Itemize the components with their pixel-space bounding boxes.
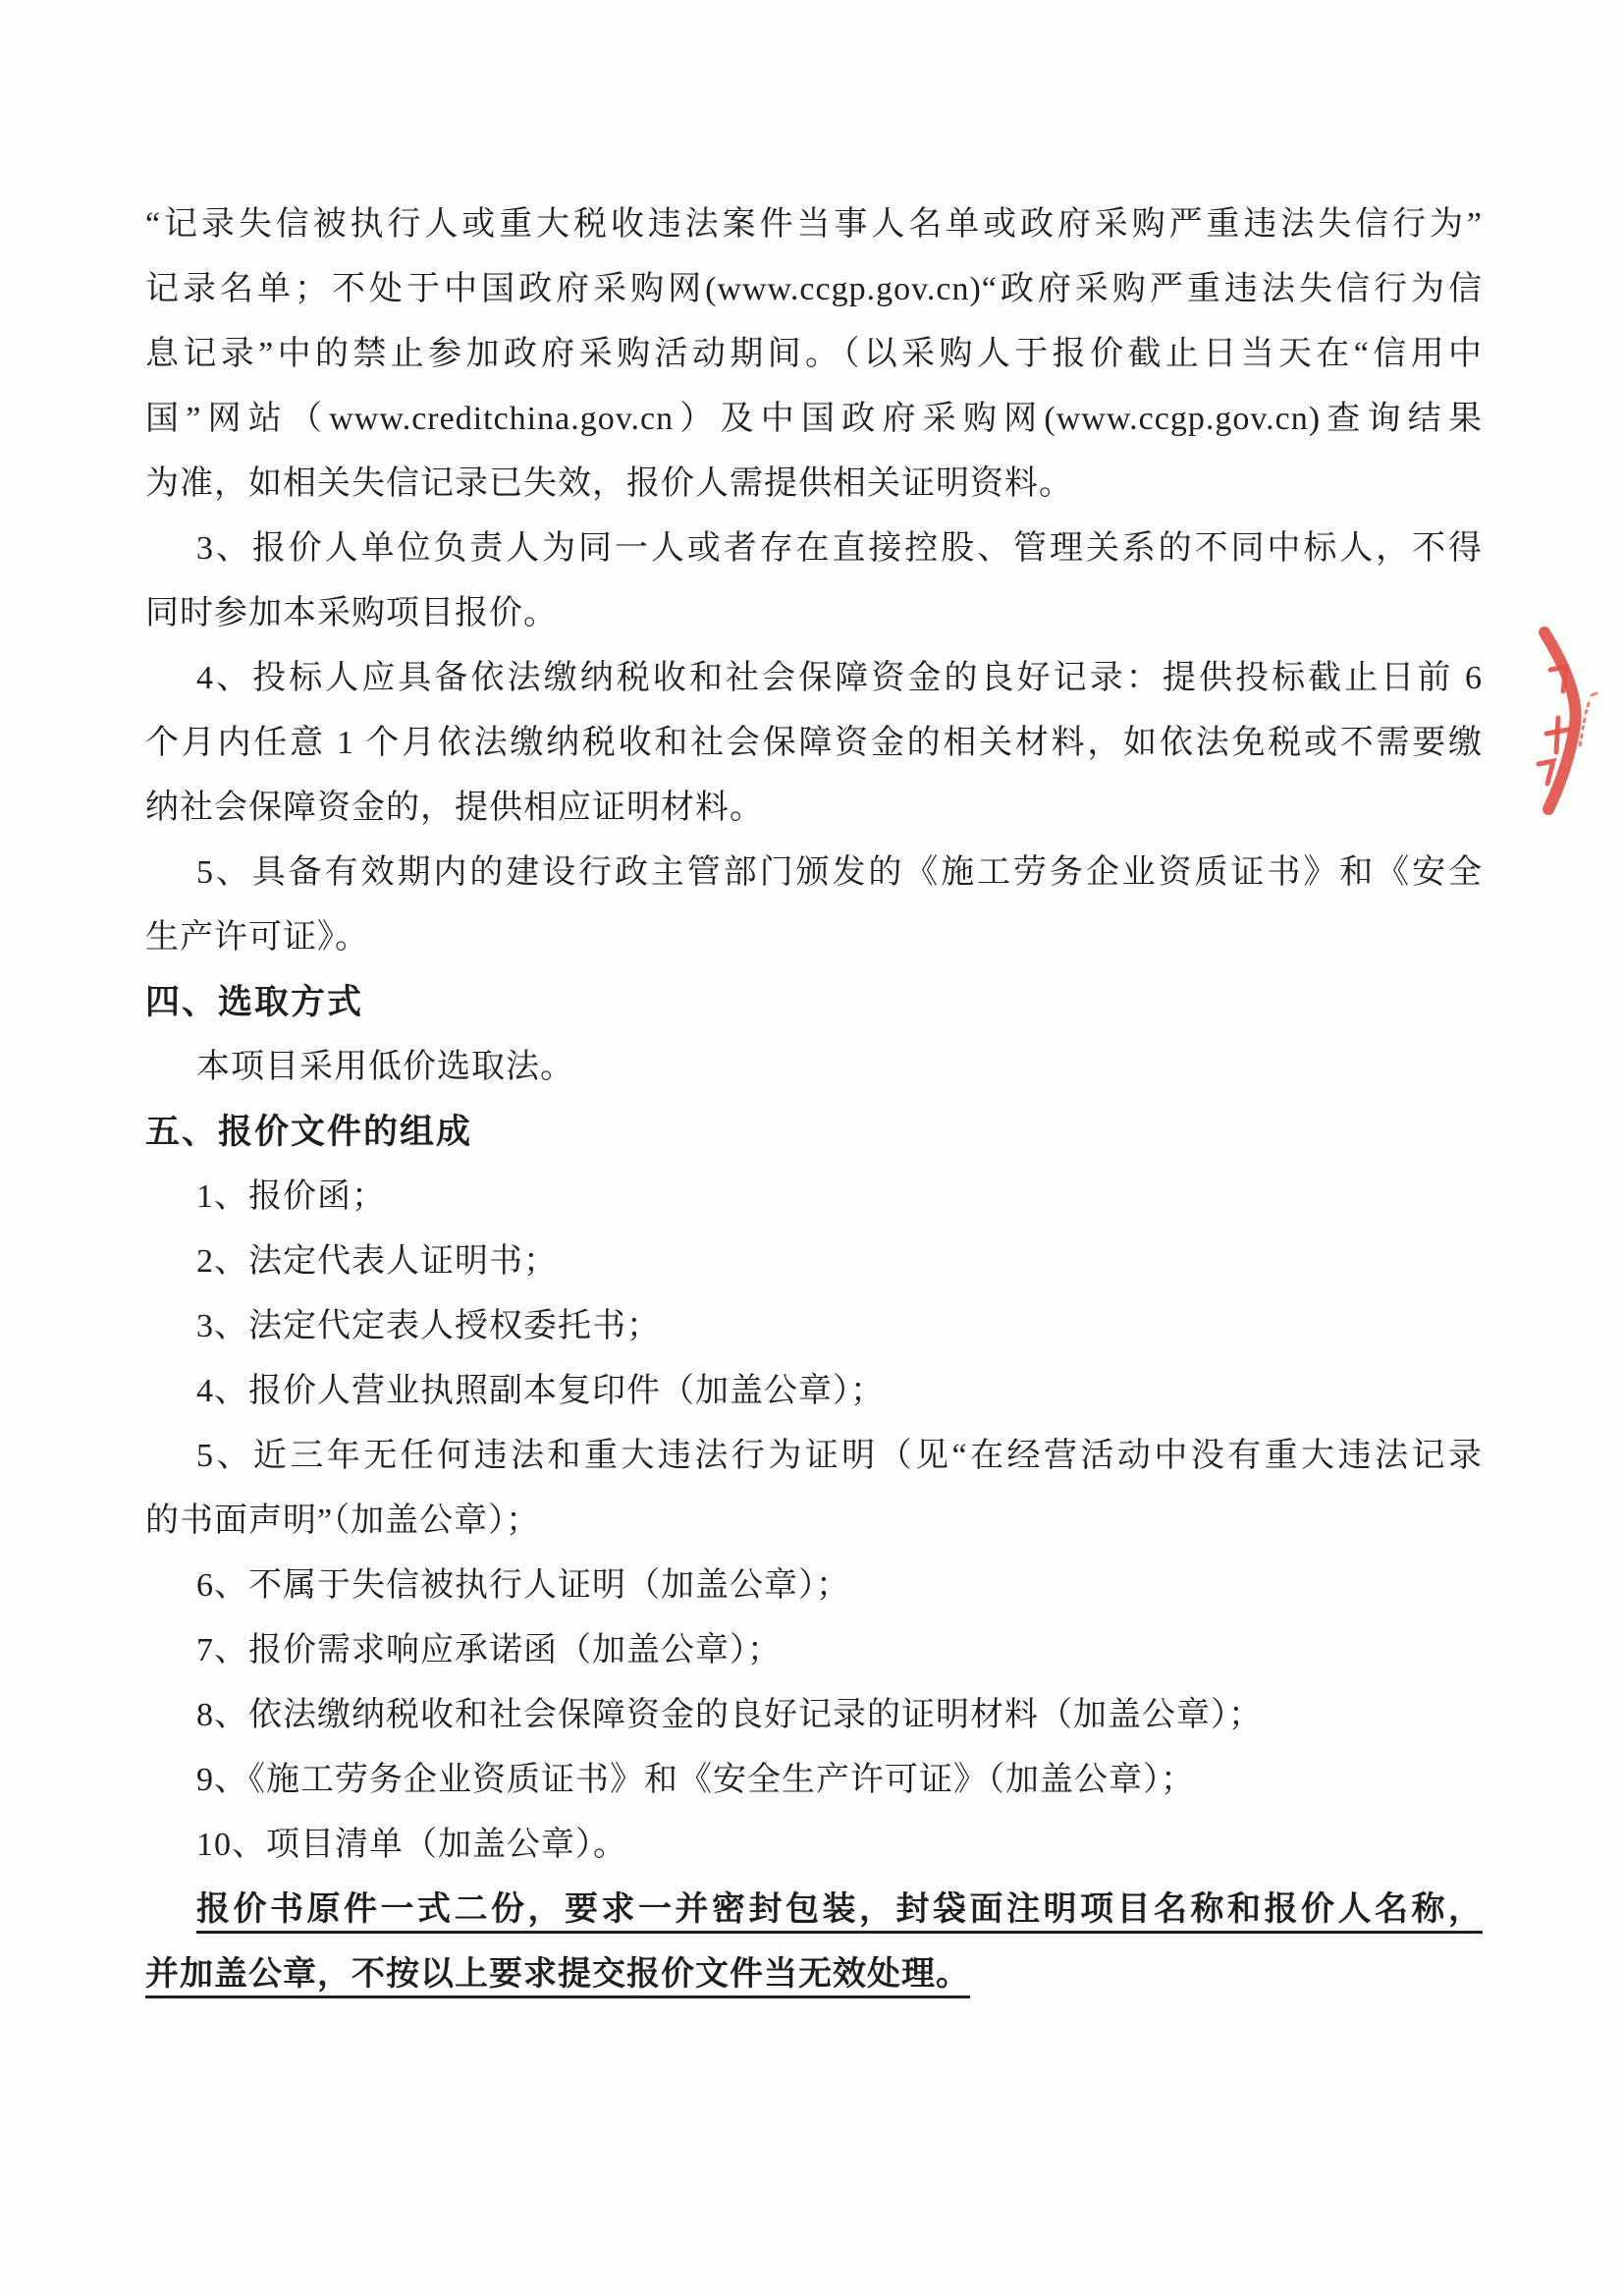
- list-item: 1、报价函；: [145, 1165, 1483, 1230]
- doc-line: 为准，如相关失信记录已失效，报价人需提供相关证明资料。: [145, 452, 1483, 517]
- doc-line: 记录名单；不处于中国政府采购网(www.ccgp.gov.cn)“政府采购严重违…: [145, 257, 1483, 322]
- doc-line: 纳社会保障资金的，提供相应证明材料。: [145, 776, 1483, 841]
- doc-line: 国”网站（www.creditchina.gov.cn）及中国政府采购网(www…: [145, 387, 1483, 452]
- list-item: 8、依法缴纳税收和社会保障资金的良好记录的证明材料（加盖公章）；: [145, 1683, 1483, 1748]
- list-item: 6、不属于失信被执行人证明（加盖公章）；: [145, 1554, 1483, 1618]
- sealed-submission-notice: 并加盖公章，不按以上要求提交报价文件当无效处理。: [145, 1942, 1483, 2007]
- list-item: 7、报价需求响应承诺函（加盖公章）；: [145, 1618, 1483, 1683]
- sealed-submission-notice: 报价书原件一式二份，要求一并密封包装，封袋面注明项目名称和报价人名称，: [145, 1878, 1483, 1942]
- scanned-document-page: “记录失信被执行人或重大税收违法案件当事人名单或政府采购严重违法失信行为” 记录…: [0, 0, 1624, 2296]
- list-item: 3、法定代定表人授权委托书；: [145, 1294, 1483, 1359]
- doc-line: 个月内任意 1 个月依法缴纳税收和社会保障资金的相关材料，如依法免税或不需要缴: [145, 711, 1483, 776]
- doc-line: 同时参加本采购项目报价。: [145, 581, 1483, 646]
- document-body: “记录失信被执行人或重大税收违法案件当事人名单或政府采购严重违法失信行为” 记录…: [145, 192, 1483, 2007]
- section-heading-4: 四、选取方式: [145, 970, 1483, 1035]
- doc-line: 4、投标人应具备依法缴纳税收和社会保障资金的良好记录：提供投标截止日前 6: [145, 646, 1483, 711]
- list-item: 的书面声明”（加盖公章）；: [145, 1489, 1483, 1554]
- doc-line: 息记录”中的禁止参加政府采购活动期间。（以采购人于报价截止日当天在“信用中: [145, 322, 1483, 387]
- list-item: 2、法定代表人证明书；: [145, 1230, 1483, 1294]
- list-item: 10、项目清单（加盖公章）。: [145, 1813, 1483, 1878]
- list-item: 4、报价人营业执照副本复印件（加盖公章）；: [145, 1359, 1483, 1424]
- list-item: 9、《施工劳务企业资质证书》和《安全生产许可证》（加盖公章）；: [145, 1748, 1483, 1813]
- doc-line: 本项目采用低价选取法。: [145, 1035, 1483, 1100]
- doc-line: 5、具备有效期内的建设行政主管部门颁发的《施工劳务企业资质证书》和《安全: [145, 841, 1483, 905]
- section-heading-5: 五、报价文件的组成: [145, 1100, 1483, 1165]
- red-seal-stamp-icon: [1524, 597, 1624, 833]
- doc-line: 3、报价人单位负责人为同一人或者存在直接控股、管理关系的不同中标人，不得: [145, 517, 1483, 581]
- doc-line: 生产许可证》。: [145, 905, 1483, 970]
- list-item: 5、近三年无任何违法和重大违法行为证明（见“在经营活动中没有重大违法记录: [145, 1424, 1483, 1489]
- doc-line: “记录失信被执行人或重大税收违法案件当事人名单或政府采购严重违法失信行为”: [145, 192, 1483, 257]
